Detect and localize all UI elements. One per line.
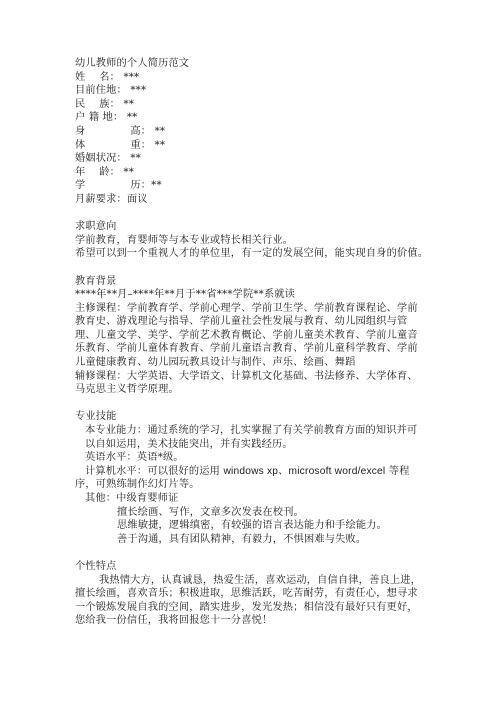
section-skills: 专业技能 本专业能力：通过系统的学习，扎实掌握了有关学前教育方面的知识并可以自如… [75,410,425,546]
info-label: 学 历： [75,180,151,191]
info-label: 户 籍 地： [75,112,123,123]
info-education-level: 学 历：** [75,179,425,193]
spacer [75,207,425,221]
document-title: 幼儿教师的个人简历范文 [75,57,425,71]
resume-document: 幼儿教师的个人简历范文 姓 名： *** 目前住地： *** 民 族： ** 户… [75,40,425,628]
info-value: 面议 [127,194,148,205]
computer-prefix: 计算机水平：可以很好的运用 [85,466,223,477]
info-address: 目前住地： *** [75,84,425,98]
info-age: 年 龄： ** [75,166,425,180]
spacer [75,546,425,560]
info-value: ** [127,112,138,123]
other-item: 善于沟通，具有团队精神，有毅力，不惧困难与失败。 [75,533,425,547]
info-height: 身 高： ** [75,125,425,139]
info-ethnicity: 民 族： ** [75,98,425,112]
minor-courses: 辅修课程：大学英语、大学语文、计算机文化基础、书法修养、大学体育、马克思主义哲学… [75,370,425,397]
section-job-intention: 求职意向 学前教育，育婴师等与本专业或特长相关行业。 希望可以到一个重视人才的单… [75,220,425,261]
paragraph: 学前教育，育婴师等与本专业或特长相关行业。 [75,234,425,248]
info-label: 民 族： [75,99,120,110]
section-education: 教育背景 ****年**月–****年**月于**省***学院**系就读 主修课… [75,275,425,397]
other-item: 思维敏捷，逻辑缜密，有较强的语言表达能力和手绘能力。 [75,519,425,533]
info-label: 婚姻状况： [75,153,127,164]
info-value: ** [155,126,166,137]
info-value: ** [155,140,166,151]
info-value: ** [130,153,141,164]
info-value: *** [130,85,146,96]
section-heading: 求职意向 [75,220,425,234]
info-label: 姓 名： [75,72,120,83]
main-courses: 主修课程：学前教育学、学前心理学、学前卫生学、学前教育课程论、学前教育史、游戏理… [75,302,425,370]
info-value: ** [151,180,162,191]
info-value: ** [123,167,134,178]
spacer [75,261,425,275]
personal-info: 姓 名： *** 目前住地： *** 民 族： ** 户 籍 地： ** 身 高… [75,71,425,207]
info-weight: 体 重： ** [75,139,425,153]
section-heading: 个性特点 [75,560,425,574]
other-certificate: 其他：中级育婴师证 [75,492,425,506]
info-label: 月薪要求： [75,194,127,205]
info-name: 姓 名： *** [75,71,425,85]
other-item: 擅长绘画、写作，文章多次发表在校刊。 [75,506,425,520]
section-heading: 专业技能 [75,410,425,424]
personality-text: 我热情大方，认真诚恳，热爱生活，喜欢运动，自信自律，善良上进，擅长绘画，喜欢音乐… [75,574,425,628]
professional-skills: 本专业能力：通过系统的学习，扎实掌握了有关学前教育方面的知识并可以自如运用，美术… [75,424,425,451]
info-value: *** [123,72,139,83]
info-marital-status: 婚姻状况： ** [75,152,425,166]
info-label: 体 重： [75,140,151,151]
paragraph: 希望可以到一个重视人才的单位里，有一定的发展空间，能实现自身的价值。 [75,247,425,261]
info-label: 目前住地： [75,85,127,96]
computer-level: 计算机水平：可以很好的运用 windows xp、microsoft word/… [75,465,425,492]
info-hometown: 户 籍 地： ** [75,111,425,125]
section-personality: 个性特点 我热情大方，认真诚恳，热爱生活，喜欢运动，自信自律，善良上进，擅长绘画… [75,560,425,628]
spacer [75,397,425,411]
info-label: 身 高： [75,126,151,137]
education-period: ****年**月–****年**月于**省***学院**系就读 [75,288,425,302]
info-salary: 月薪要求：面议 [75,193,425,207]
section-heading: 教育背景 [75,275,425,289]
info-value: ** [123,99,134,110]
english-level: 英语水平：英语*级。 [75,451,425,465]
computer-software: windows xp、microsoft word/excel [223,466,385,477]
info-label: 年 龄： [75,167,120,178]
